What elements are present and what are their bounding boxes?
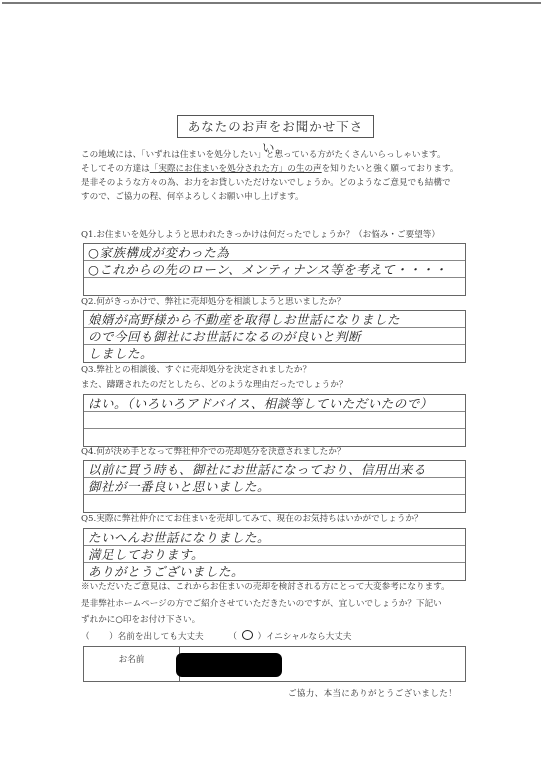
question-2-answer-box[interactable]: 娘婿が高野様から不動産を取得しお世話になりました ので今回も御社にお世話になるの…	[83, 310, 466, 363]
question-3-label: Q3.弊社との相談後、すぐに売却処分を決定されましたか？	[81, 364, 311, 377]
answer-line: ○家族構成が変わった為	[84, 244, 465, 261]
redacted-name-block	[176, 653, 282, 677]
question-2-label: Q2.何がきっかけで、弊社に売却処分を相談しようと思いましたか？	[81, 296, 345, 309]
question-4-label: Q4.何が決め手となって弊社仲介での売却処分を決意されましたか？	[81, 446, 345, 459]
intro-line-2-pre: そしてその方達は	[81, 164, 150, 174]
closing-line-1: ※いただいたご意見は、これからお住まいの売却を検討される方にとって大変参考になり…	[81, 581, 450, 594]
answer-line: たいへんお世話になりました。	[84, 529, 465, 546]
intro-line-4: すので、ご協力の程、何卒よろしくお願い申し上げます。	[81, 190, 471, 204]
survey-title: あなたのお声をお聞かせ下さい。	[177, 115, 374, 138]
intro-line-2-post: を知りたいと強く願っております。	[322, 164, 459, 174]
name-label: お名前	[84, 647, 180, 681]
scan-top-edge	[2, 2, 541, 4]
intro-text: この地域には、「いずれは住まいを処分したい」と思っている方がたくさんいらっしゃい…	[81, 148, 471, 204]
answer-line	[84, 495, 465, 512]
intro-line-2-underlined: 「実際にお住まいを処分された方」の生の声	[150, 164, 322, 174]
paren-open: （	[81, 632, 90, 642]
intro-line-3: 是非そのような方々の為、お力をお貸しいただけないでしょうか。どのようなご意見でも…	[81, 176, 471, 190]
consent-options: （ ）名前を出しても大丈夫 （ ）イニシャルなら大丈夫	[81, 630, 373, 644]
option-label: ）名前を出しても大丈夫	[109, 632, 204, 642]
answer-line: 娘婿が高野様から不動産を取得しお世話になりました	[84, 311, 465, 328]
answer-line	[84, 412, 465, 429]
question-5-label: Q5.実際に弊社仲介にてお住まいを売却してみて、現在のお気持ちはいかがでしょうか…	[81, 513, 423, 526]
answer-line: ので今回も御社にお世話になるのが良いと判断	[84, 328, 465, 345]
intro-line-1: この地域には、「いずれは住まいを処分したい」と思っている方がたくさんいらっしゃい…	[81, 148, 471, 162]
consent-option-full-name[interactable]: （ ）名前を出しても大丈夫	[81, 632, 206, 642]
question-5-answer-box[interactable]: たいへんお世話になりました。 満足しております。 ありがとうございました。	[83, 528, 466, 581]
answer-line	[84, 429, 465, 446]
circle-mark-icon	[242, 630, 253, 640]
question-3-answer-box[interactable]: はい。（いろいろアドバイス、相談等していただいたので）	[83, 394, 466, 447]
answer-line: 満足しております。	[84, 546, 465, 563]
paren-open: （	[228, 632, 237, 642]
question-4-answer-box[interactable]: 以前に買う時も、御社にお世話になっており、信用出来る 御社が一番良いと思いました…	[83, 460, 466, 513]
consent-option-initials[interactable]: （ ）イニシャルなら大丈夫	[228, 632, 351, 642]
answer-line	[84, 278, 465, 295]
question-1-label: Q1.お住まいを処分しようと思われたきっかけは何だったでしょうか？（お悩み・ご要…	[81, 229, 440, 242]
answer-line: はい。（いろいろアドバイス、相談等していただいたので）	[84, 395, 465, 412]
question-1-answer-box[interactable]: ○家族構成が変わった為 ○これからの先のローン、メンティナンス等を考えて・・・・	[83, 243, 466, 296]
answer-line: ○これからの先のローン、メンティナンス等を考えて・・・・	[84, 261, 465, 278]
option-label: ）イニシャルなら大丈夫	[257, 632, 351, 642]
answer-line: 以前に買う時も、御社にお世話になっており、信用出来る	[84, 461, 465, 478]
question-3-label-2: また、躊躇されたのだとしたら、どのような理由だったでしょうか？	[81, 379, 347, 392]
thanks-text: ご協力、本当にありがとうございました！	[288, 687, 457, 699]
closing-line-3: ずれかに○印をお付け下さい。	[81, 614, 200, 627]
answer-line: 御社が一番良いと思いました。	[84, 478, 465, 495]
answer-line: ありがとうございました。	[84, 563, 465, 580]
closing-line-2: 是非弊社ホームページの方でご紹介させていただきたいのですが、宜しいでしょうか？下…	[81, 598, 442, 611]
intro-line-2: そしてその方達は「実際にお住まいを処分された方」の生の声を知りたいと強く願ってお…	[81, 162, 471, 176]
answer-line: しました。	[84, 345, 465, 362]
